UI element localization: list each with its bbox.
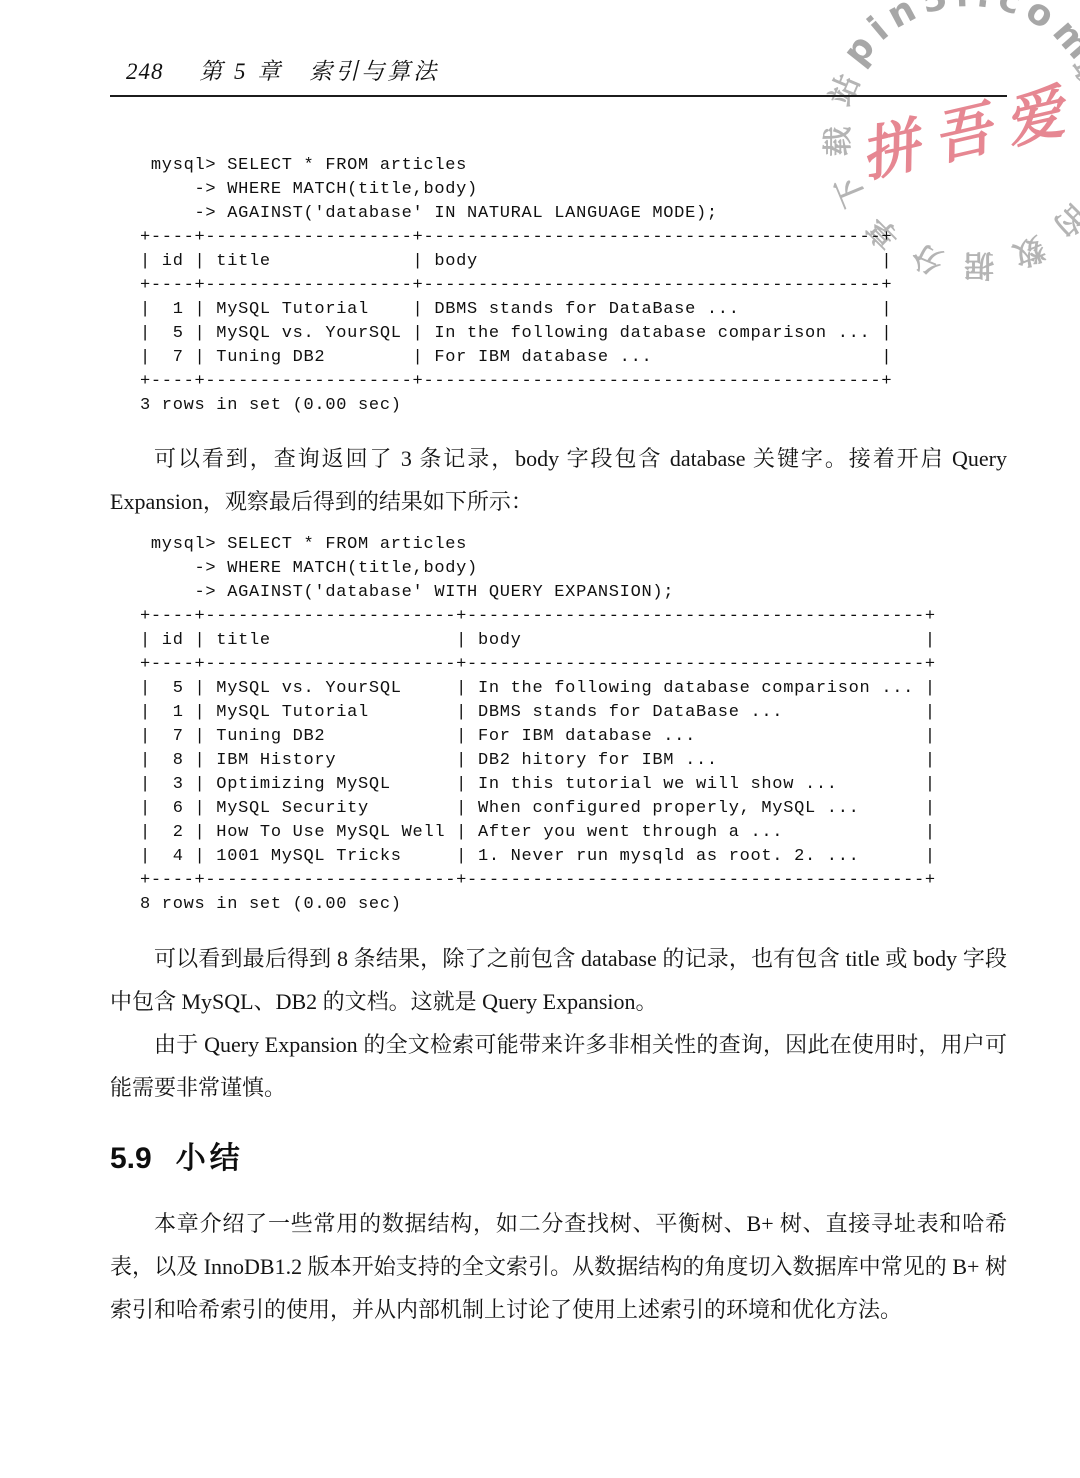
page-content: mysql> SELECT * FROM articles -> WHERE M… [110,95,1007,1331]
page-number: 248 [126,59,164,84]
section-title: 小结 [176,1142,244,1175]
code-block-natural-language-query: mysql> SELECT * FROM articles -> WHERE M… [140,154,1007,418]
page-header: 248 第 5 章 索引与算法 [110,58,1007,97]
section-number: 5.9 [110,1142,152,1175]
paragraph-after-second-result: 可以看到最后得到 8 条结果，除了之前包含 database 的记录，也有包含 … [110,937,1007,1023]
paragraph-caution: 由于 Query Expansion 的全文检索可能带来许多非相关性的查询，因此… [110,1023,1007,1109]
code-block-query-expansion: mysql> SELECT * FROM articles -> WHERE M… [140,533,1007,917]
chapter-title: 第 5 章 索引与算法 [199,59,439,84]
book-page: pin5i.com 最新鲜的数据分享下载站 拼吾爱 248 第 5 章 索引与算… [0,0,1080,1478]
paragraph-summary: 本章介绍了一些常用的数据结构，如二分查找树、平衡树、B+ 树、直接寻址表和哈希表… [110,1202,1007,1331]
paragraph-after-first-result: 可以看到，查询返回了 3 条记录，body 字段包含 database 关键字。… [110,437,1007,523]
section-heading: 5.9小结 [110,1139,1007,1179]
